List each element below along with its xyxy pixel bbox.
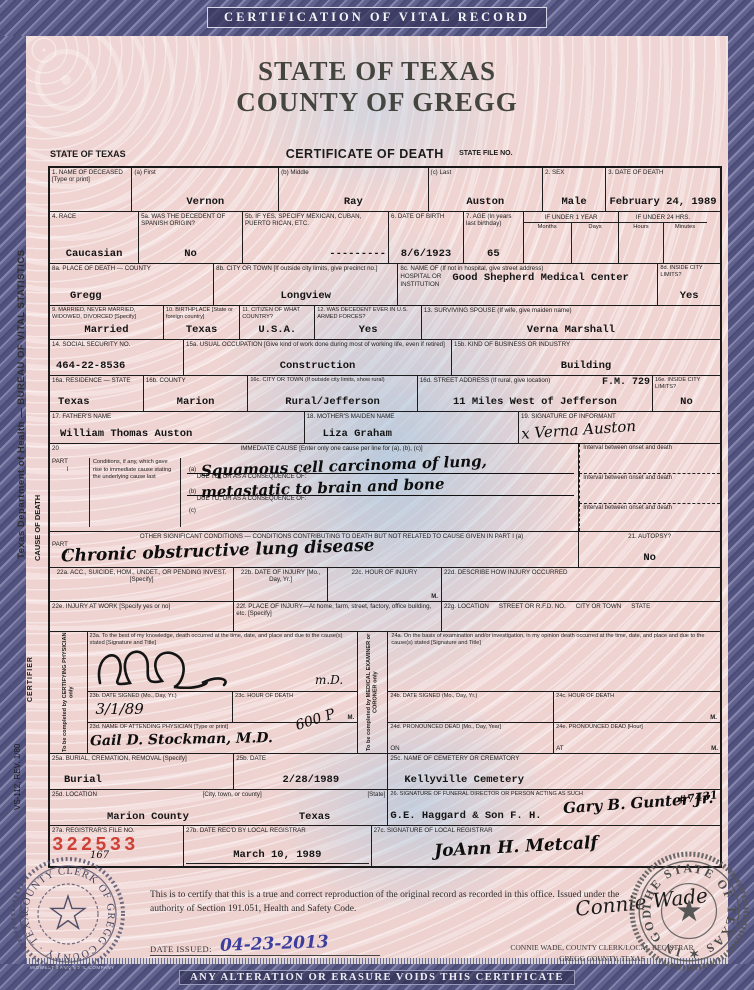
row-cause-part2: PART II OTHER SIGNIFICANT CONDITIONS — C… (50, 532, 720, 568)
field-ssn: 14. SOCIAL SECURITY NO. 464-22-8536 (50, 340, 184, 375)
field-label: 25b. DATE (236, 755, 385, 762)
field-label: 3. DATE OF DEATH (608, 169, 718, 176)
seal-star-icon: ★ (675, 894, 702, 928)
field-other-conditions: OTHER SIGNIFICANT CONDITIONS — CONDITION… (85, 532, 579, 567)
attending-physician-value: Gail D. Stockman, M.D. (89, 728, 355, 749)
field-street-address: 16d. STREET ADDRESS (If rural, give loca… (418, 376, 653, 411)
field-label: 27b. DATE REC'D BY LOCAL REGISTRAR (186, 827, 369, 834)
field-label: (c) Last (431, 169, 541, 176)
row-marital-citizen: 9. MARRIED, NEVER MARRIED, WIDOWED, DIVO… (50, 306, 720, 340)
part1-number: 20 (52, 445, 83, 452)
alteration-warning: ANY ALTERATION OR ERASURE VOIDS THIS CER… (179, 970, 575, 985)
field-race: 4. RACE Caucasian (50, 212, 139, 263)
date-issued-label: DATE ISSUED: (150, 944, 212, 954)
disposition-date-value: 2/28/1989 (236, 775, 385, 787)
field-attending-physician: 23d. NAME OF ATTENDING PHYSICIAN [Type o… (88, 723, 358, 753)
bureau-vertical-text: Texas Department of Health — BUREAU OF V… (16, 172, 27, 637)
meridiem-label: M. (710, 715, 717, 721)
field-label: 13. SURVIVING SPOUSE (If wife, give maid… (424, 307, 718, 314)
state-of-texas-seal: THE STATE OF TEXAS ✶ IN GOD WE TRUST ✶ ★ (628, 850, 750, 972)
field-date-of-death: 3. DATE OF DEATH February 24, 1989 (606, 168, 720, 211)
field-residence-county: 16b. COUNTY Marion (144, 376, 249, 411)
field-label: 5a. WAS THE DECEDENT OF SPANISH ORIGIN? (141, 213, 240, 228)
physician-note-column: To be completed by CERTIFYING PHYSICIAN … (50, 632, 88, 753)
certificate-form: 1. NAME OF DECEASED [Type or print] (a) … (48, 166, 722, 868)
field-label: 25d. LOCATION (52, 791, 97, 798)
field-label: 8b. CITY OR TOWN [If outside city limits… (216, 265, 395, 272)
surviving-spouse-value: Verna Marshall (424, 325, 718, 337)
field-last-name: (c) Last Auston (429, 168, 544, 211)
middle-name-value: Ray (281, 197, 425, 209)
certifier-vertical-label: CERTIFIER (27, 640, 34, 718)
field-label: 14. SOCIAL SECURITY NO. (52, 341, 181, 348)
field-pronounced-dead-hour: 24e. PRONOUNCED DEAD [Hour] AT M. (554, 723, 720, 753)
field-industry: 15b. KIND OF BUSINESS OR INDUSTRY Buildi… (452, 340, 720, 375)
field-cemetery: 25c. NAME OF CEMETERY OR CREMATORY Kelly… (388, 754, 720, 789)
field-label: 17. FATHER'S NAME (52, 413, 302, 420)
days-label: Days (572, 223, 619, 263)
city-town-county-label: [City, town, or county] (203, 791, 262, 798)
row-cause-part1: 20 PART I IMMEDIATE CAUSE [Enter only on… (50, 444, 720, 532)
field-label: 4. RACE (52, 213, 136, 220)
inside-city-limits-residence-value: No (655, 397, 718, 409)
date-of-death-value: February 24, 1989 (608, 197, 718, 209)
date-of-birth-value: 8/6/1923 (391, 249, 461, 261)
hospital-or-institution-label: HOSPITAL OR INSTITUTION (400, 273, 452, 288)
field-hour-of-injury: 22c. HOUR OF INJURY M. (328, 568, 442, 601)
field-inside-city-limits-residence: 16e. INSIDE CITY LIMITS? No (653, 376, 720, 411)
form-code-vertical: VS-112, REV. 1/80 (13, 733, 22, 821)
sex-value: Male (545, 197, 603, 209)
field-label: 22g. LOCATION (444, 603, 489, 610)
field-spanish-specify: 5b. IF YES, SPECIFY MEXICAN, CUBAN, PUER… (243, 212, 389, 263)
cause-line-c: (c) (187, 502, 574, 514)
field-label: 12. WAS DECEDENT EVER IN U.S. ARMED FORC… (317, 307, 419, 320)
line-a-tag: (a) (189, 467, 196, 473)
mother-maiden-name-value: Liza Graham (307, 429, 516, 441)
part1-column: 20 PART I (50, 444, 85, 531)
funeral-home-typed: G.E. Haggard & Son F. H. (390, 811, 718, 823)
interval-b: Interval between onset and death (579, 474, 720, 504)
field-label: 26. SIGNATURE OF FUNERAL DIRECTOR OR PER… (390, 791, 583, 804)
county-title: COUNTY OF GREGG (0, 87, 754, 118)
field-label: 8a. PLACE OF DEATH — COUNTY (52, 265, 211, 272)
row-residence: 16a. RESIDENCE — STATE Texas 16b. COUNTY… (50, 376, 720, 412)
field-manner: 22a. ACC., SUICIDE, HOM., UNDET., OR PEN… (50, 568, 234, 601)
residence-state-value: Texas (52, 397, 141, 409)
field-residence-state: 16a. RESIDENCE — STATE Texas (50, 376, 144, 411)
on-label: ON (390, 745, 551, 752)
line-c-tag: (c) (189, 508, 196, 514)
field-surviving-spouse: 13. SURVIVING SPOUSE (If wife, give maid… (422, 306, 720, 339)
field-label: 24c. HOUR OF DEATH (556, 693, 718, 700)
row-injury-2: 22e. INJURY AT WORK [Specify yes or no] … (50, 602, 720, 632)
field-label: 16a. RESIDENCE — STATE (52, 377, 141, 384)
part1-word: PART (52, 458, 83, 465)
cause-line-b: (b) metastatic to brain and bone (187, 480, 574, 496)
location-city-value: Marion County (107, 812, 189, 824)
part1-roman: I (52, 466, 83, 473)
field-label: 24e. PRONOUNCED DEAD [Hour] (556, 724, 718, 731)
row-place-of-death: 8a. PLACE OF DEATH — COUNTY Gregg 8b. CI… (50, 264, 720, 306)
spanish-origin-value: No (141, 249, 240, 261)
autopsy-value: No (581, 553, 718, 565)
field-label: 10. BIRTHPLACE [State or foreign country… (166, 307, 237, 320)
at-label: AT (556, 745, 563, 752)
field-label: 16b. COUNTY (146, 377, 246, 384)
field-hospital: 8c. NAME OF (If not in hospital, give st… (398, 264, 658, 305)
under-24-hrs-subcells: Hours Minutes (619, 222, 706, 263)
field-disposition-location: 25d. LOCATION [City, town, or county] [S… (50, 790, 388, 825)
field-if-under-24-hrs: IF UNDER 24 HRS. Hours Minutes (619, 212, 706, 263)
field-injury-location: 22g. LOCATION STREET OR R.F.D. NO. CITY … (442, 602, 720, 631)
field-label: 25a. BURIAL, CREMATION, REMOVAL [Specify… (52, 755, 231, 762)
line-b-tag: (b) (189, 489, 196, 495)
race-value: Caucasian (52, 249, 136, 261)
inside-city-limits-death-value: Yes (660, 291, 718, 303)
hours-label: Hours (619, 223, 663, 263)
county-clerk-seal: COUNTY CLERK OF GREGG COUNTY · TEXAS · ★ (8, 854, 128, 974)
cemetery-value: Kellyville Cemetery (390, 775, 718, 787)
field-injury-at-work: 22e. INJURY AT WORK [Specify yes or no] (50, 602, 234, 631)
meridiem-label: M. (431, 594, 438, 600)
banner-title: CERTIFICATION OF VITAL RECORD (207, 7, 547, 28)
date-received-value: March 10, 1989 (186, 850, 369, 864)
physician-signature-scribble (90, 645, 280, 689)
field-label: 11. CITIZEN OF WHAT COUNTRY? (242, 307, 312, 320)
field-middle-name: (b) Middle Ray (279, 168, 428, 211)
hospital-value: Good Shepherd Medical Center (452, 273, 655, 285)
field-funeral-director: 26. SIGNATURE OF FUNERAL DIRECTOR OR PER… (388, 790, 720, 825)
city-label: CITY OR TOWN (576, 603, 621, 610)
field-citizenship: 11. CITIZEN OF WHAT COUNTRY? U.S.A. (240, 306, 315, 339)
state-label: STATE (631, 603, 650, 610)
field-name-of-deceased: 1. NAME OF DECEASED [Type or print] (50, 168, 132, 211)
months-label: Months (524, 223, 572, 263)
occupation-value: Construction (186, 361, 449, 373)
field-label: 16e. INSIDE CITY LIMITS? (655, 377, 718, 390)
field-birthplace: 10. BIRTHPLACE [State or foreign country… (164, 306, 240, 339)
form-header: STATE OF TEXAS CERTIFICATE OF DEATH STAT… (48, 147, 722, 163)
field-hour-of-death-24c: 24c. HOUR OF DEATH M. (554, 692, 720, 722)
field-label: 16c. CITY OR TOWN (If outside city limit… (250, 377, 415, 384)
interval-column: Interval between onset and death Interva… (579, 444, 720, 531)
minutes-label: Minutes (664, 223, 707, 263)
county-of-death-value: Gregg (52, 291, 211, 303)
seal-star-icon: ★ (48, 889, 87, 938)
armed-forces-value: Yes (317, 325, 419, 337)
row-name-sex-dod: 1. NAME OF DECEASED [Type or print] (a) … (50, 168, 720, 212)
field-label: 22b. DATE OF INJURY [Mo., Day, Yr.] (236, 569, 325, 584)
father-name-value: William Thomas Auston (52, 429, 302, 441)
field-if-under-1-year: IF UNDER 1 YEAR Months Days (524, 212, 620, 263)
state-sublabel: [State] (367, 791, 385, 798)
date-issued-value: 04-23-2013 (220, 932, 329, 956)
field-label: 24d. PRONOUNCED DEAD [Mo., Day, Year] (390, 724, 551, 731)
field-sex: 2. SEX Male (543, 168, 606, 211)
field-father-name: 17. FATHER'S NAME William Thomas Auston (50, 412, 305, 443)
field-label: 22d. DESCRIBE HOW INJURY OCCURRED (444, 569, 718, 576)
row-registrar: 27a. REGISTRAR'S FILE NO. 322533 167 27b… (50, 826, 720, 866)
field-occupation: 15a. USUAL OCCUPATION [Give kind of work… (184, 340, 452, 375)
row-burial: 25a. BURIAL, CREMATION, REMOVAL [Specify… (50, 754, 720, 790)
field-hour-of-death: 23c. HOUR OF DEATH 600 P M. (233, 692, 357, 722)
field-label: 6. DATE OF BIRTH (391, 213, 461, 220)
interval-a: Interval between onset and death (579, 444, 720, 474)
certification-statement: This is to certify that this is a true a… (150, 888, 630, 917)
field-label: 27a. REGISTRAR'S FILE NO. (52, 827, 181, 834)
examiner-note-column: To be completed by MEDICAL EXAMINER or C… (358, 632, 388, 753)
medical-examiner-block: 24a. On the basis of examination and/or … (388, 632, 720, 753)
cause-of-death-vertical-label: CAUSE OF DEATH (33, 452, 42, 604)
field-armed-forces: 12. WAS DECEDENT EVER IN U.S. ARMED FORC… (315, 306, 422, 339)
row-ssn-occupation: 14. SOCIAL SECURITY NO. 464-22-8536 15a.… (50, 340, 720, 376)
field-label: 8c. NAME OF (If not in hospital, give st… (400, 265, 655, 272)
residence-city-value: Rural/Jefferson (250, 397, 415, 409)
field-examiner-certification: 24a. On the basis of examination and/or … (388, 632, 720, 692)
field-label: 5b. IF YES, SPECIFY MEXICAN, CUBAN, PUER… (245, 213, 386, 228)
field-disposition: 25a. BURIAL, CREMATION, REMOVAL [Specify… (50, 754, 234, 789)
field-informant-signature: 19. SIGNATURE OF INFORMANT x Verna Austo… (519, 412, 720, 443)
location-state-value: Texas (299, 812, 331, 824)
field-first-name: (a) First Vernon (132, 168, 279, 211)
field-label: 2. SEX (545, 169, 603, 176)
street-label: STREET OR R.F.D. NO. (499, 603, 566, 610)
meridiem-label: M. (711, 745, 718, 752)
field-label: 24b. DATE SIGNED (Mo., Day, Yr.) (390, 693, 551, 700)
field-label: (a) First (134, 169, 276, 176)
birthplace-value: Texas (166, 325, 237, 337)
industry-value: Building (454, 361, 718, 373)
cause-main-cell: IMMEDIATE CAUSE [Enter only one cause pe… (85, 444, 579, 531)
pronounced-dead-row: 24d. PRONOUNCED DEAD [Mo., Day, Year] ON… (388, 723, 720, 753)
field-physician-certification: 23a. To the best of my knowledge, death … (88, 632, 358, 692)
field-label: 8d. INSIDE CITY LIMITS? (660, 265, 718, 278)
age-value: 65 (466, 249, 521, 261)
document-title: STATE OF TEXAS COUNTY OF GREGG (0, 56, 754, 118)
meridiem-label: M. (348, 715, 355, 721)
physician-note-vertical: To be completed by CERTIFYING PHYSICIAN … (62, 632, 75, 753)
certifying-physician-block: 23a. To the best of my knowledge, death … (88, 632, 359, 753)
city-of-death-value: Longview (216, 291, 395, 303)
date-signed-value: 3/1/89 (90, 700, 231, 718)
death-certificate-page: CERTIFICATION OF VITAL RECORD MIDWEST BA… (0, 0, 754, 990)
field-autopsy: 21. AUTOPSY? No (579, 532, 720, 567)
row-injury-1: 22a. ACC., SUICIDE, HOM., UNDET., OR PEN… (50, 568, 720, 602)
field-label: 15a. USUAL OCCUPATION [Give kind of work… (186, 341, 449, 348)
field-label: 25c. NAME OF CEMETERY OR CREMATORY (390, 755, 718, 762)
field-label: 24a. On the basis of examination and/or … (391, 633, 717, 646)
field-label: 23c. HOUR OF DEATH (235, 693, 355, 700)
field-date-of-injury: 22b. DATE OF INJURY [Mo., Day, Yr.] (234, 568, 328, 601)
row-location-director: 25d. LOCATION [City, town, or county] [S… (50, 790, 720, 826)
field-label: (b) Middle (281, 169, 425, 176)
field-label: 21. AUTOPSY? (581, 533, 718, 540)
field-label: 9. MARRIED, NEVER MARRIED, WIDOWED, DIVO… (52, 307, 161, 320)
field-date-received: 27b. DATE REC'D BY LOCAL REGISTRAR March… (184, 826, 372, 866)
date-issued-row: DATE ISSUED: 04-23-2013 (150, 934, 380, 956)
road-value: F.M. 729 (602, 377, 650, 388)
street-address-value: 11 Miles West of Jefferson (420, 397, 650, 409)
ssn-value: 464-22-8536 (52, 361, 181, 373)
decorative-border-right (728, 36, 754, 964)
field-label: IF UNDER 24 HRS. (619, 212, 706, 221)
field-label: 22a. ACC., SUICIDE, HOM., UNDET., OR PEN… (52, 569, 231, 584)
form-state-label: STATE OF TEXAS (50, 149, 126, 159)
last-name-value: Auston (431, 197, 541, 209)
citizenship-value: U.S.A. (242, 325, 312, 337)
row-certifier: To be completed by CERTIFYING PHYSICIAN … (50, 632, 720, 754)
field-residence-city: 16c. CITY OR TOWN (If outside city limit… (248, 376, 418, 411)
field-marital-status: 9. MARRIED, NEVER MARRIED, WIDOWED, DIVO… (50, 306, 164, 339)
field-label: 18. MOTHER'S MAIDEN NAME (307, 413, 516, 420)
field-label: 15b. KIND OF BUSINESS OR INDUSTRY (454, 341, 718, 348)
field-mother-maiden-name: 18. MOTHER'S MAIDEN NAME Liza Graham (305, 412, 519, 443)
field-city-of-death: 8b. CITY OR TOWN [If outside city limits… (214, 264, 398, 305)
disposition-value: Burial (52, 775, 231, 787)
conditions-note: Conditions, if any, which gave rise to i… (89, 458, 181, 527)
spanish-specify-value: --------- (245, 249, 386, 261)
field-label: 22f. PLACE OF INJURY—At home, farm, stre… (236, 603, 439, 618)
physician-date-row: 23b. DATE SIGNED (Mo., Day, Yr.) 3/1/89 … (88, 692, 358, 723)
field-place-of-injury: 22f. PLACE OF INJURY—At home, farm, stre… (234, 602, 442, 631)
marital-status-value: Married (52, 325, 161, 337)
row-parents-informant: 17. FATHER'S NAME William Thomas Auston … (50, 412, 720, 444)
field-place-of-death-county: 8a. PLACE OF DEATH — COUNTY Gregg (50, 264, 214, 305)
field-label: 22e. INJURY AT WORK [Specify yes or no] (52, 603, 231, 610)
interval-c: Interval between onset and death (579, 504, 720, 531)
field-pronounced-dead-date: 24d. PRONOUNCED DEAD [Mo., Day, Year] ON (388, 723, 554, 753)
field-label: 1. NAME OF DECEASED [Type or print] (52, 169, 129, 184)
field-date-signed-24b: 24b. DATE SIGNED (Mo., Day, Yr.) (388, 692, 554, 722)
field-how-injury-occurred: 22d. DESCRIBE HOW INJURY OCCURRED (442, 568, 720, 601)
field-label: 7. AGE (In years last birthday) (466, 213, 521, 228)
field-inside-city-limits-death: 8d. INSIDE CITY LIMITS? Yes (658, 264, 720, 305)
field-age: 7. AGE (In years last birthday) 65 (464, 212, 524, 263)
field-disposition-date: 25b. DATE 2/28/1989 (234, 754, 388, 789)
under-1-year-subcells: Months Days (524, 222, 619, 263)
examiner-note-vertical: To be completed by MEDICAL EXAMINER or C… (366, 632, 379, 753)
row-race-birth: 4. RACE Caucasian 5a. WAS THE DECEDENT O… (50, 212, 720, 264)
field-label: 16d. STREET ADDRESS (If rural, give loca… (420, 377, 551, 384)
state-file-no-label: STATE FILE NO. (459, 150, 512, 157)
state-title: STATE OF TEXAS (0, 56, 754, 87)
field-label: IF UNDER 1 YEAR (524, 212, 619, 221)
physician-signature-suffix: m.D. (315, 673, 343, 687)
field-date-signed-23b: 23b. DATE SIGNED (Mo., Day, Yr.) 3/1/89 (88, 692, 234, 722)
examiner-date-row: 24b. DATE SIGNED (Mo., Day, Yr.) 24c. HO… (388, 692, 720, 723)
field-label: 22c. HOUR OF INJURY (330, 569, 439, 576)
field-label: 23b. DATE SIGNED (Mo., Day, Yr.) (90, 693, 231, 700)
decorative-border-top: CERTIFICATION OF VITAL RECORD (0, 0, 754, 36)
form-title: CERTIFICATE OF DEATH (286, 147, 444, 161)
residence-county-value: Marion (146, 397, 246, 409)
cause-line-a: (a) Squamous cell carcinoma of lung, (187, 452, 574, 474)
field-date-of-birth: 6. DATE OF BIRTH 8/6/1923 (389, 212, 464, 263)
immediate-cause-label: IMMEDIATE CAUSE [Enter only one cause pe… (85, 444, 578, 452)
first-name-value: Vernon (134, 197, 276, 209)
field-spanish-origin: 5a. WAS THE DECEDENT OF SPANISH ORIGIN? … (139, 212, 243, 263)
